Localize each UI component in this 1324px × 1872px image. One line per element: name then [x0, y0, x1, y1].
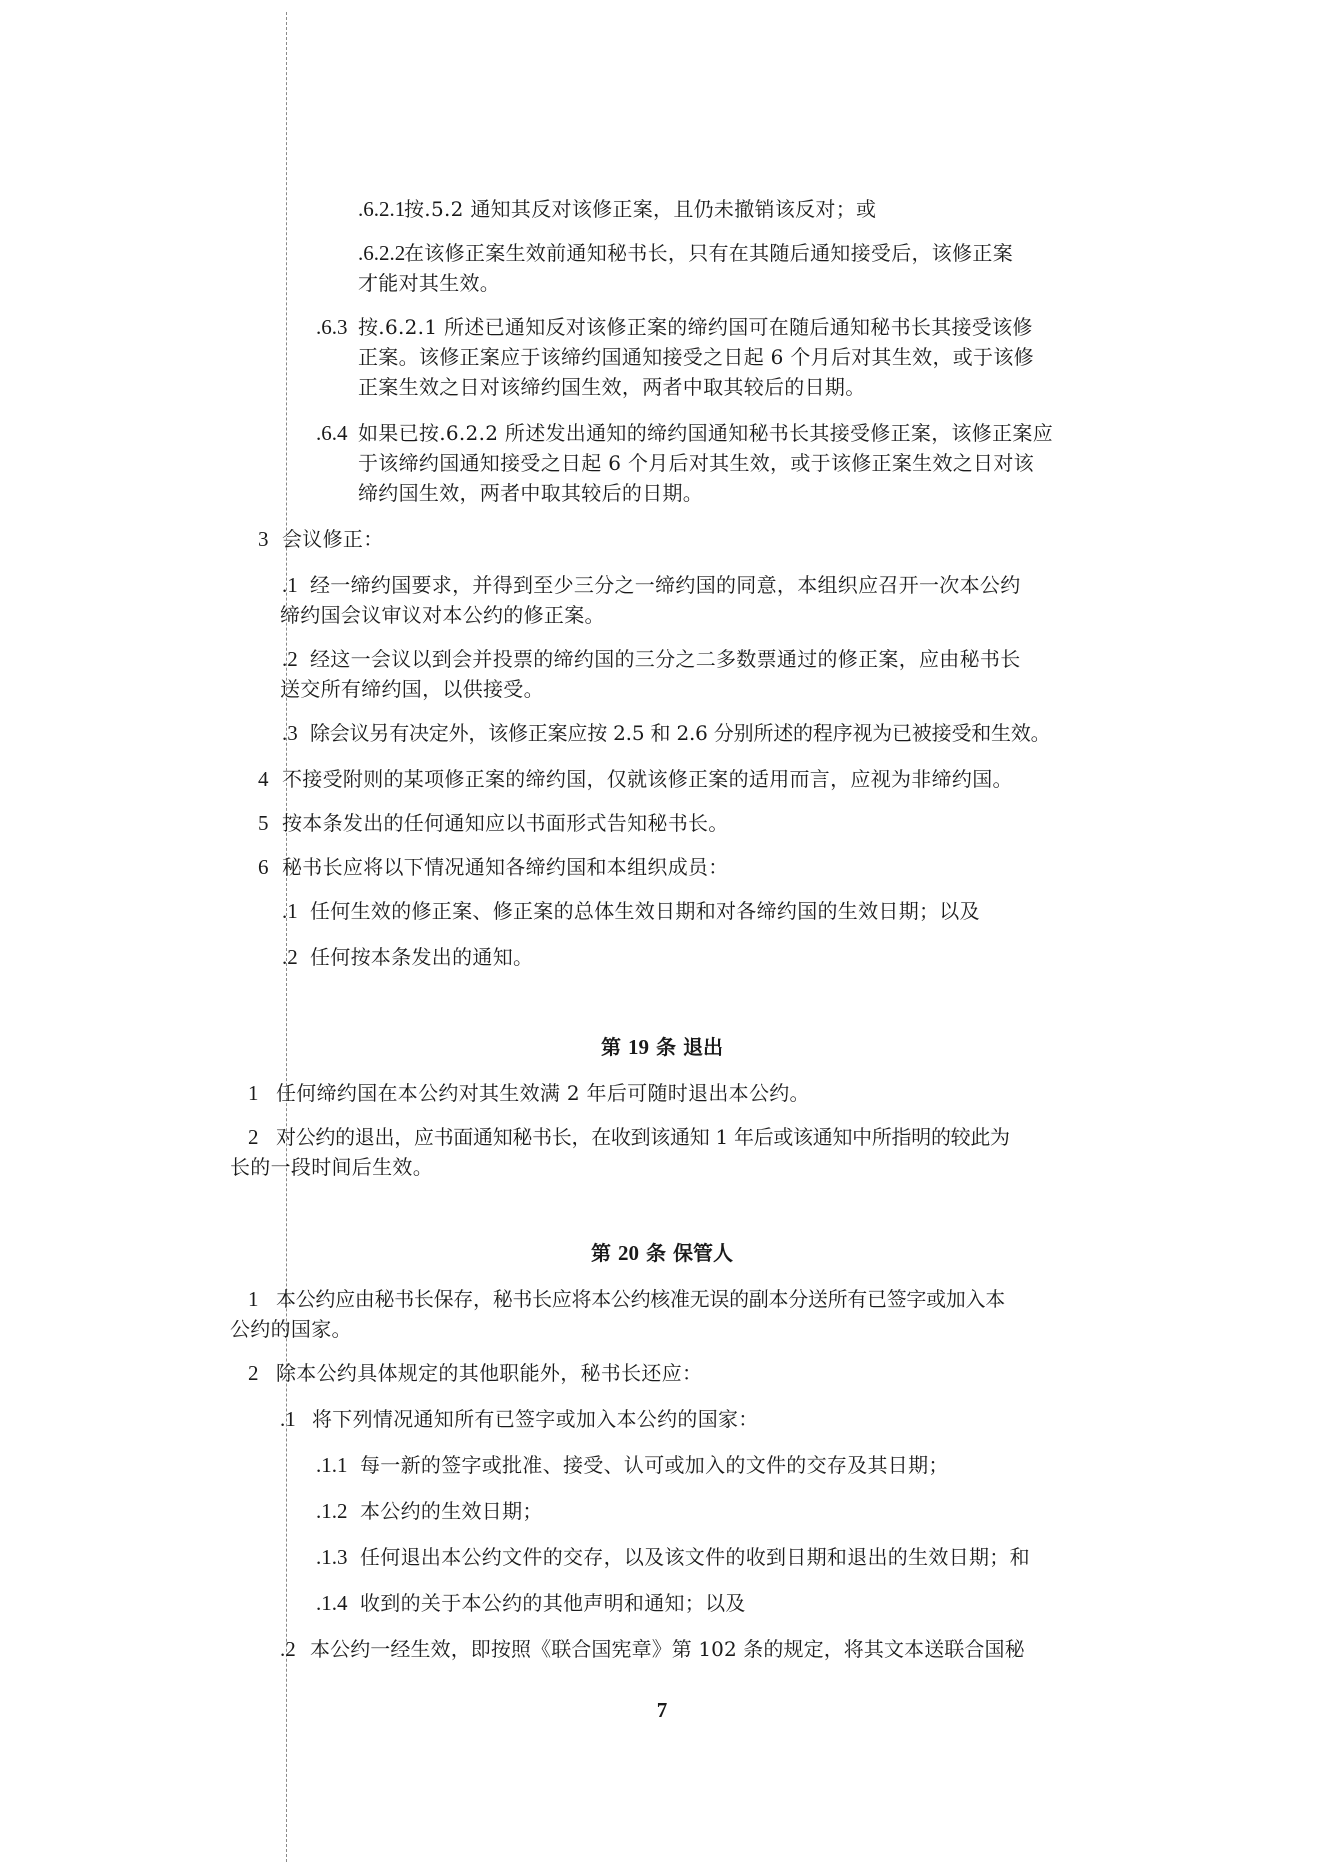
binding-margin-line [286, 12, 287, 1862]
clause-text: 按.5.2 通知其反对该修正案，且仍未撤销该反对；或 [404, 194, 876, 225]
clause-text: 秘书长应将以下情况通知各缔约国和本组织成员： [282, 852, 729, 883]
para-text: 对公约的退出，应书面通知秘书长，在收到该通知 1 年后或该通知中所指明的较此为 [276, 1122, 1010, 1153]
clause-text: 按.6.2.1 所述已通知反对该修正案的缔约国可在随后通知秘书长其接受该修 [358, 312, 1033, 343]
clause-text: 于该缔约国通知接受之日起 6 个月后对其生效，或于该修正案生效之日对该 [358, 448, 1034, 479]
clause-text: 经一缔约国要求，并得到至少三分之一缔约国的同意，本组织应召开一次本公约 [310, 570, 1021, 601]
heading-prefix: 第 [591, 1241, 611, 1265]
clause-text: 不接受附则的某项修正案的缔约国，仅就该修正案的适用而言，应视为非缔约国。 [282, 764, 1013, 795]
clause-number: 3 [258, 524, 269, 555]
para-number: 1 [248, 1284, 259, 1315]
clause-text: 经这一会议以到会并投票的缔约国的三分之二多数票通过的修正案，应由秘书长 [310, 644, 1021, 675]
clause-text: 在该修正案生效前通知秘书长，只有在其随后通知接受后，该修正案 [404, 238, 1013, 269]
clause-text: 会议修正： [282, 524, 384, 555]
para-number: 2 [248, 1358, 259, 1389]
clause-number: .3 [282, 718, 298, 749]
clause-number: 6 [258, 852, 269, 883]
para-text: 长的一段时间后生效。 [230, 1152, 433, 1183]
para-text: 公约的国家。 [230, 1314, 352, 1345]
clause-text: 如果已按.6.2.2 所述发出通知的缔约国通知秘书长其接受修正案，该修正案应 [358, 418, 1053, 449]
document-page: .6.2.1 按.5.2 通知其反对该修正案，且仍未撤销该反对；或 .6.2.2… [0, 0, 1324, 1872]
para-number: 1 [248, 1078, 259, 1109]
article-19-heading: 第 19 条 退出 [0, 1032, 1324, 1063]
clause-text: 收到的关于本公约的其他声明和通知；以及 [360, 1588, 746, 1619]
clause-text: 才能对其生效。 [358, 268, 500, 299]
para-text: 任何缔约国在本公约对其生效满 2 年后可随时退出本公约。 [276, 1078, 810, 1109]
clause-number: .1 [282, 896, 298, 927]
clause-number: .1.3 [316, 1542, 348, 1573]
clause-number: .2 [280, 1634, 296, 1665]
clause-number: .1 [280, 1404, 296, 1435]
heading-prefix: 第 [601, 1035, 621, 1059]
clause-text: 缔约国会议审议对本公约的修正案。 [280, 600, 605, 631]
clause-number: .1.1 [316, 1450, 348, 1481]
heading-title: 条 退出 [656, 1035, 723, 1059]
heading-number: 20 [618, 1241, 639, 1265]
clause-number: .6.4 [316, 418, 348, 449]
clause-number: .2 [282, 644, 298, 675]
clause-text: 任何按本条发出的通知。 [310, 942, 533, 973]
clause-number: .1.2 [316, 1496, 348, 1527]
clause-text: 任何退出本公约文件的交存，以及该文件的收到日期和退出的生效日期；和 [360, 1542, 1030, 1573]
clause-number: .6.3 [316, 312, 348, 343]
clause-number: .6.2.2 [358, 238, 405, 269]
clause-number: 4 [258, 764, 269, 795]
article-20-heading: 第 20 条 保管人 [0, 1238, 1324, 1269]
clause-text: 除会议另有决定外，该修正案应按 2.5 和 2.6 分别所述的程序视为已被接受和… [310, 718, 1050, 749]
clause-text: 将下列情况通知所有已签字或加入本公约的国家： [312, 1404, 759, 1435]
para-text: 本公约应由秘书长保存，秘书长应将本公约核准无误的副本分送所有已签字或加入本 [276, 1284, 1005, 1315]
clause-text: 任何生效的修正案、修正案的总体生效日期和对各缔约国的生效日期；以及 [310, 896, 980, 927]
clause-text: 本公约的生效日期； [360, 1496, 543, 1527]
clause-number: .6.2.1 [358, 194, 405, 225]
clause-text: 本公约一经生效，即按照《联合国宪章》第 102 条的规定，将其文本送联合国秘 [310, 1634, 1025, 1665]
clause-number: .2 [282, 942, 298, 973]
clause-text: 每一新的签字或批准、接受、认可或加入的文件的交存及其日期； [360, 1450, 949, 1481]
para-text: 除本公约具体规定的其他职能外，秘书长还应： [276, 1358, 702, 1389]
heading-number: 19 [628, 1035, 649, 1059]
clause-number: 5 [258, 808, 269, 839]
clause-text: 按本条发出的任何通知应以书面形式告知秘书长。 [282, 808, 729, 839]
clause-number: .1.4 [316, 1588, 348, 1619]
clause-text: 缔约国生效，两者中取其较后的日期。 [358, 478, 703, 509]
para-number: 2 [248, 1122, 259, 1153]
clause-number: .1 [282, 570, 298, 601]
clause-text: 正案生效之日对该缔约国生效，两者中取其较后的日期。 [358, 372, 866, 403]
page-number: 7 [0, 1698, 1324, 1723]
heading-title: 条 保管人 [646, 1241, 733, 1265]
clause-text: 送交所有缔约国，以供接受。 [280, 674, 544, 705]
clause-text: 正案。该修正案应于该缔约国通知接受之日起 6 个月后对其生效，或于该修 [358, 342, 1034, 373]
